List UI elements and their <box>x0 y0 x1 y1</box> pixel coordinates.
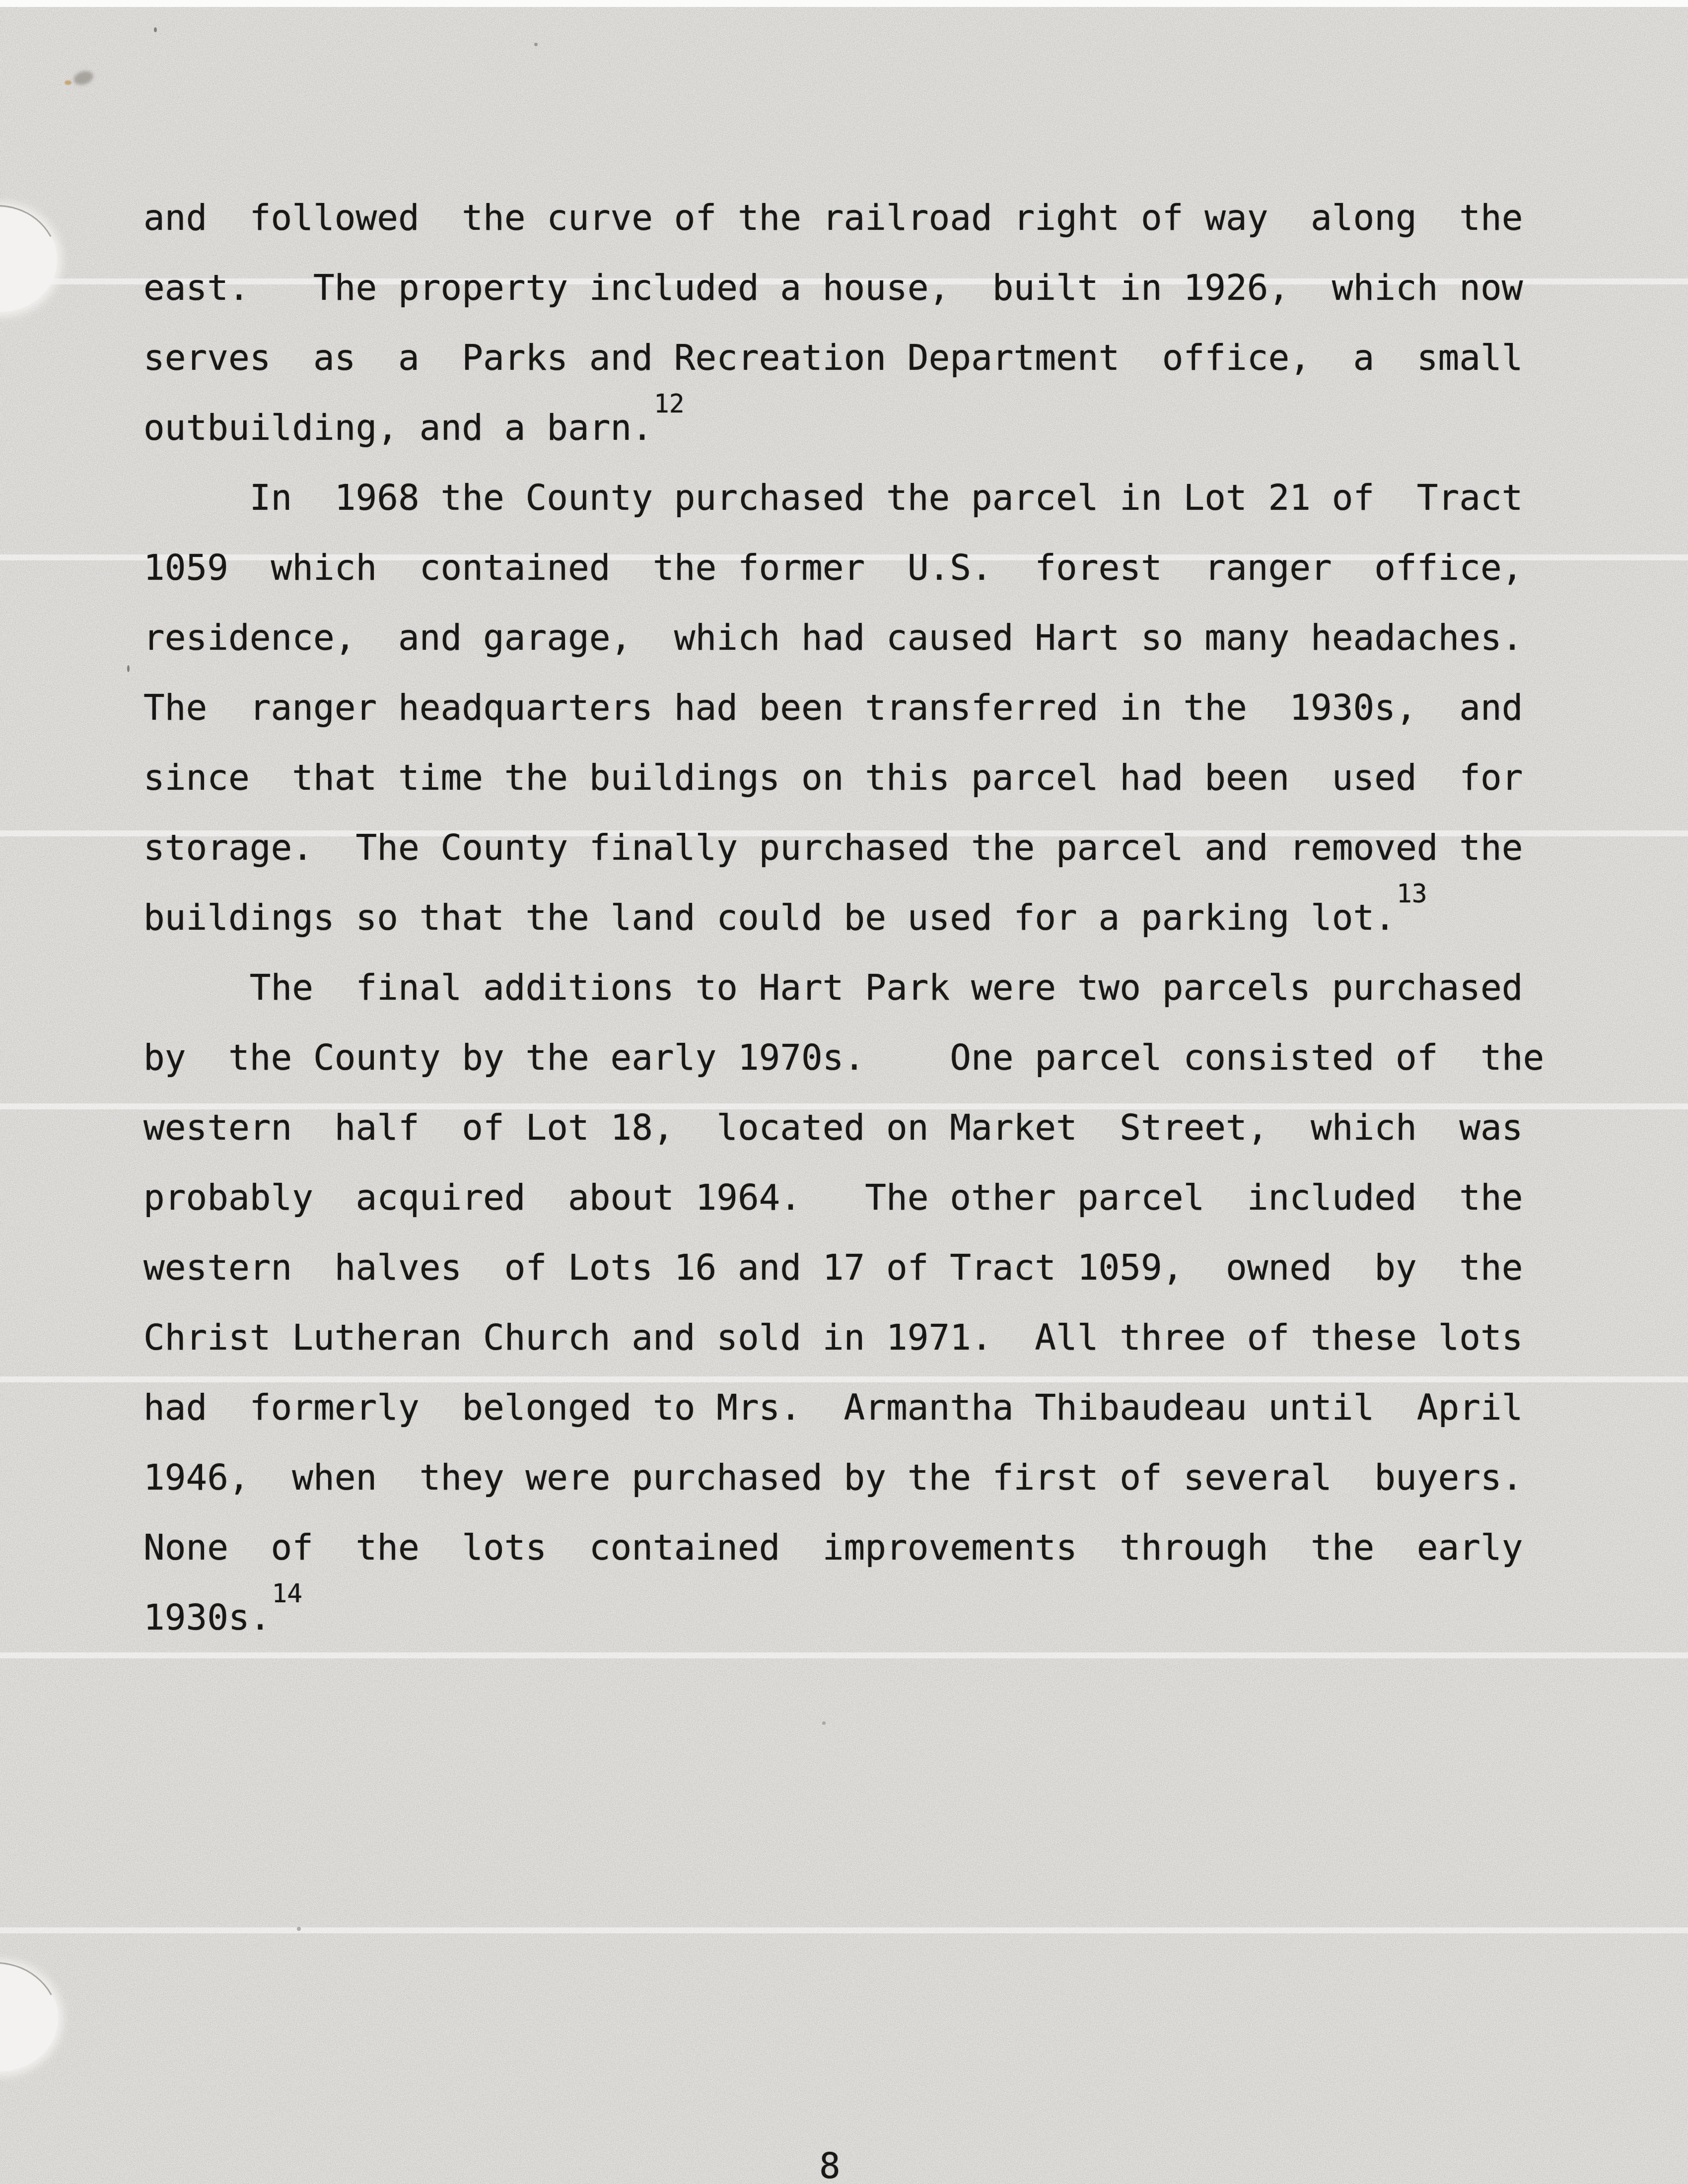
text-line: probably acquired about 1964. The other … <box>143 1162 1544 1232</box>
page-number: 8 <box>819 2145 841 2184</box>
text-line: storage. The County finally purchased th… <box>143 813 1544 883</box>
dust-speck <box>154 27 157 32</box>
text-line: The final additions to Hart Park were tw… <box>143 953 1544 1023</box>
text-line: buildings so that the land could be used… <box>143 883 1544 953</box>
footnote-reference: 13 <box>1397 880 1427 909</box>
footnote-reference: 12 <box>654 390 685 419</box>
punch-hole-top-icon <box>0 207 57 312</box>
text-line: None of the lots contained improvements … <box>143 1512 1544 1582</box>
text-line: had formerly belonged to Mrs. Armantha T… <box>143 1372 1544 1442</box>
text-line: Christ Lutheran Church and sold in 1971.… <box>143 1302 1544 1372</box>
text-line: and followed the curve of the railroad r… <box>143 183 1544 253</box>
text-line: residence, and garage, which had caused … <box>143 603 1544 673</box>
text-line: 1930s.14 <box>143 1582 1544 1652</box>
text-line: western halves of Lots 16 and 17 of Trac… <box>143 1232 1544 1302</box>
text-line: east. The property included a house, bui… <box>143 253 1544 323</box>
dust-speck <box>822 1721 826 1725</box>
dust-speck <box>297 1927 301 1931</box>
dust-speck <box>534 43 538 46</box>
text-line: by the County by the early 1970s. One pa… <box>143 1023 1544 1092</box>
text-line: In 1968 the County purchased the parcel … <box>143 463 1544 533</box>
orange-speck <box>65 80 71 85</box>
punch-hole-bottom-icon <box>0 1965 58 2071</box>
document-body: and followed the curve of the railroad r… <box>143 183 1544 1652</box>
text-line: serves as a Parks and Recreation Departm… <box>143 323 1544 393</box>
scan-streak <box>0 1927 1688 1933</box>
scan-edge-strip <box>0 0 1688 7</box>
scanned-document-page: and followed the curve of the railroad r… <box>0 0 1688 2184</box>
text-line: western half of Lot 18, located on Marke… <box>143 1092 1544 1162</box>
text-line: since that time the buildings on this pa… <box>143 743 1544 813</box>
scan-streak <box>0 1652 1688 1658</box>
text-line: 1946, when they were purchased by the fi… <box>143 1442 1544 1512</box>
dust-speck <box>127 665 130 672</box>
text-line: The ranger headquarters had been transfe… <box>143 673 1544 743</box>
text-line: outbuilding, and a barn.12 <box>143 393 1544 463</box>
smudge-speck <box>72 68 95 87</box>
footnote-reference: 14 <box>272 1579 303 1609</box>
text-line: 1059 which contained the former U.S. for… <box>143 533 1544 603</box>
